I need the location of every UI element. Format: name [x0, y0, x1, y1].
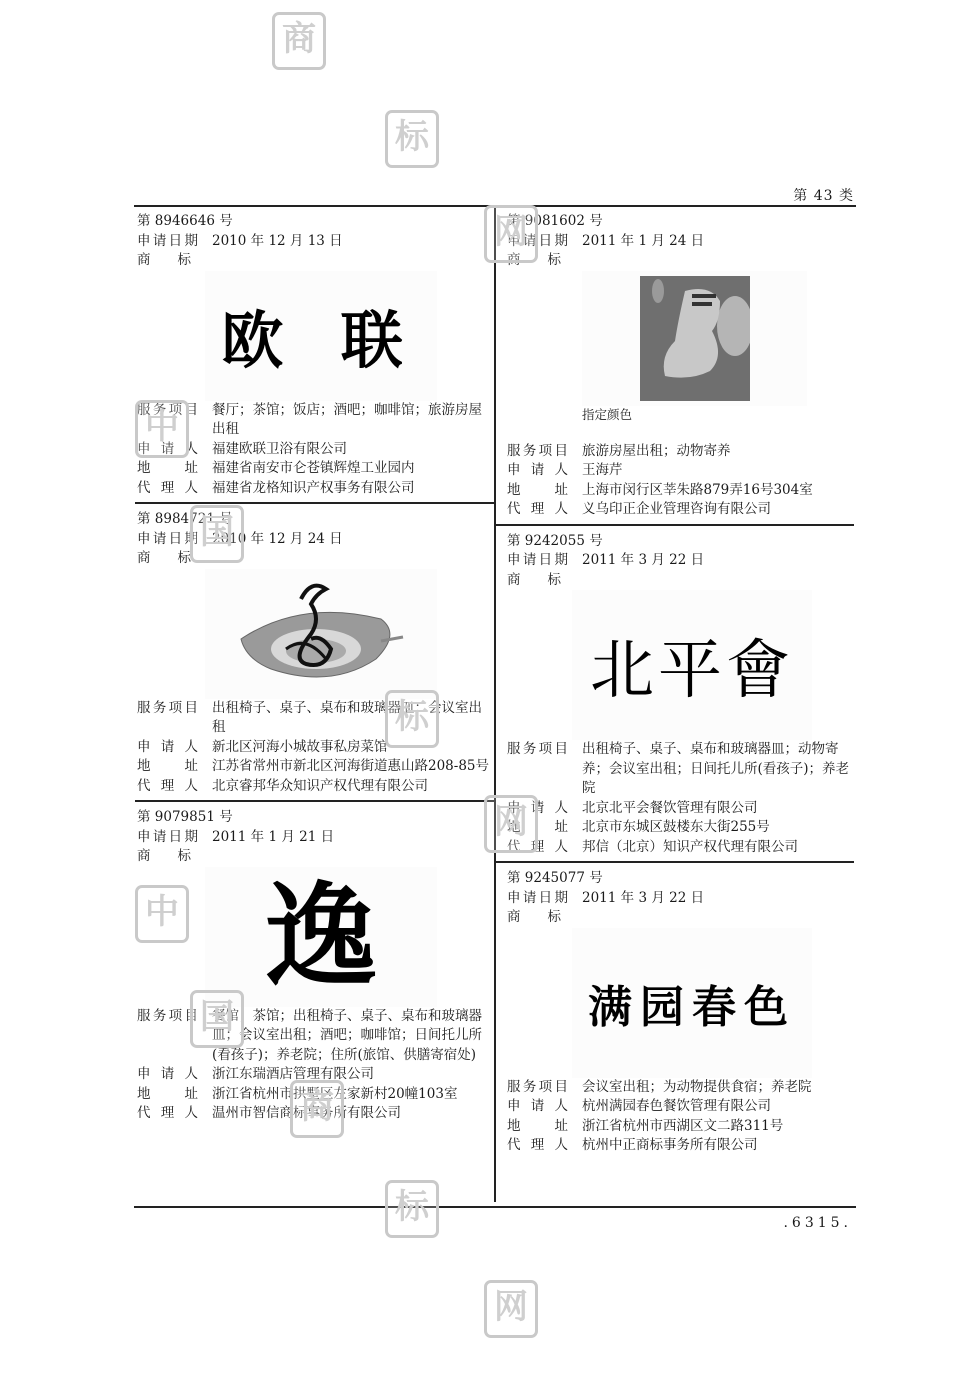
agent-value: 杭州中正商标事务所有限公司 — [582, 1136, 852, 1156]
address-label: 地址 — [507, 481, 568, 501]
services-label: 服务项目 — [507, 442, 568, 462]
date-value: 2010 年 12 月 24 日 — [212, 530, 489, 550]
agent-label: 代理人 — [137, 1104, 198, 1124]
left-column: 第 8946646 号 申请日期2010 年 12 月 13 日 商 标 欧 联… — [137, 212, 489, 1124]
services-value: 餐馆；茶馆；出租椅子、桌子、桌布和玻璃器皿；会议室出租；酒吧；咖啡馆；日间托儿所… — [212, 1007, 489, 1066]
bottom-rule — [134, 1206, 856, 1208]
applicant-value: 北京北平会餐饮管理有限公司 — [582, 799, 852, 819]
watermark-icon: 网 — [484, 205, 538, 263]
figure-on-leaf-icon — [231, 579, 411, 689]
address-value: 浙江省杭州市拱墅区左家新村20幢103室 — [212, 1085, 489, 1105]
watermark-icon: 商 — [272, 12, 326, 70]
date-label: 申请日期 — [137, 530, 198, 550]
trademark-logo: 逸 — [205, 867, 437, 1007]
services-value: 旅游房屋出租；动物寄养 — [582, 442, 852, 462]
applicant-value: 杭州满园春色餐饮管理有限公司 — [582, 1097, 852, 1117]
trademark-entry: 第 9081602 号 申请日期2011 年 1 月 24 日 商 标 指定颜色… — [507, 212, 852, 526]
services-value: 餐厅；茶馆；饭店；酒吧；咖啡馆；旅游房屋出租 — [212, 401, 489, 440]
date-value: 2011 年 1 月 24 日 — [582, 232, 852, 252]
agent-label: 代理人 — [137, 777, 198, 797]
watermark-icon: 国 — [190, 505, 244, 563]
logo-text: 北平會 — [590, 619, 794, 711]
applicant-label: 申请人 — [507, 461, 568, 481]
column-divider — [494, 207, 496, 1202]
watermark-icon: 中 — [135, 885, 189, 943]
watermark-icon: 标 — [385, 690, 439, 748]
date-label: 申请日期 — [507, 889, 568, 909]
agent-label: 代理人 — [507, 1136, 568, 1156]
trademark-entry: 第 9079851 号 申请日期2011 年 1 月 21 日 商 标 逸 服务… — [137, 808, 489, 1124]
agent-label: 代理人 — [507, 500, 568, 520]
date-value: 2011 年 1 月 21 日 — [212, 828, 489, 848]
agent-value: 邦信（北京）知识产权代理有限公司 — [582, 838, 852, 858]
trademark-entry: 第 9245077 号 申请日期2011 年 3 月 22 日 商 标 满园春色… — [507, 869, 852, 1156]
address-label: 地址 — [137, 757, 198, 777]
address-value: 上海市闵行区莘朱路879弄16号304室 — [582, 481, 852, 501]
reg-number: 第 8946646 号 — [137, 212, 489, 232]
trademark-logo: 满园春色 — [572, 928, 812, 1078]
trademark-logo-image — [205, 569, 437, 699]
entry-divider — [135, 502, 495, 504]
services-label: 服务项目 — [507, 740, 568, 799]
services-value: 会议室出租；为动物提供食宿；养老院 — [582, 1078, 852, 1098]
date-label: 申请日期 — [137, 828, 198, 848]
address-value: 福建省南安市仑苍镇辉煌工业园内 — [212, 459, 489, 479]
mark-label: 商 标 — [507, 251, 852, 271]
designated-color-note: 指定颜色 — [582, 406, 852, 424]
address-label: 地址 — [507, 1117, 568, 1137]
watermark-icon: 国 — [190, 990, 244, 1048]
address-value: 江苏省常州市新北区河海街道惠山路208-85号 — [212, 757, 489, 777]
watermark-icon: 网 — [484, 1280, 538, 1338]
date-value: 2011 年 3 月 22 日 — [582, 889, 852, 909]
mark-label: 商 标 — [137, 847, 489, 867]
services-value: 出租椅子、桌子、桌布和玻璃器皿；动物寄养；会议室出租；日间托儿所(看孩子)；养老… — [582, 740, 852, 799]
entry-divider — [495, 524, 854, 526]
services-label: 服务项目 — [137, 1007, 198, 1066]
agent-value: 义乌印正企业管理咨询有限公司 — [582, 500, 852, 520]
page-number: .6315. — [783, 1215, 852, 1231]
agent-value: 温州市智信商标事务所有限公司 — [212, 1104, 489, 1124]
mark-label: 商 标 — [507, 908, 852, 928]
reg-number: 第 9081602 号 — [507, 212, 852, 232]
trademark-logo: 北平會 — [572, 590, 812, 740]
date-value: 2010 年 12 月 13 日 — [212, 232, 489, 252]
date-label: 申请日期 — [507, 551, 568, 571]
applicant-value: 浙江东瑞酒店管理有限公司 — [212, 1065, 489, 1085]
watermark-icon: 标 — [385, 1180, 439, 1238]
services-value: 出租椅子、桌子、桌布和玻璃器皿；会议室出租 — [212, 699, 489, 738]
agent-value: 福建省龙格知识产权事务有限公司 — [212, 479, 489, 499]
logo-text: 逸 — [265, 881, 377, 993]
applicant-label: 申请人 — [507, 1097, 568, 1117]
mark-label: 商 标 — [137, 251, 489, 271]
applicant-label: 申请人 — [137, 738, 198, 758]
trademark-logo: 欧 联 — [205, 271, 437, 401]
watermark-icon: 商 — [290, 1080, 344, 1138]
agent-label: 代理人 — [137, 479, 198, 499]
trademark-entry: 第 9242055 号 申请日期2011 年 3 月 22 日 商 标 北平會 … — [507, 532, 852, 864]
date-value: 2011 年 3 月 22 日 — [582, 551, 852, 571]
applicant-label: 申请人 — [137, 1065, 198, 1085]
entry-divider — [495, 861, 854, 863]
class-label: 第 43 类 — [793, 185, 854, 205]
address-value: 浙江省杭州市西湖区文二路311号 — [582, 1117, 852, 1137]
address-value: 北京市东城区鼓楼东大街255号 — [582, 818, 852, 838]
address-label: 地址 — [137, 459, 198, 479]
agent-value: 北京睿邦华众知识产权代理有限公司 — [212, 777, 489, 797]
color-figure-photo-icon — [640, 276, 750, 401]
trademark-logo-image — [582, 271, 807, 406]
watermark-icon: 网 — [484, 795, 538, 853]
reg-number: 第 9242055 号 — [507, 532, 852, 552]
applicant-value: 福建欧联卫浴有限公司 — [212, 440, 489, 460]
applicant-value: 新北区河海小城故事私房菜馆 — [212, 738, 489, 758]
entry-divider — [135, 800, 495, 802]
trademark-entry: 第 8946646 号 申请日期2010 年 12 月 13 日 商 标 欧 联… — [137, 212, 489, 504]
date-label: 申请日期 — [137, 232, 198, 252]
services-label: 服务项目 — [137, 699, 198, 738]
reg-number: 第 9079851 号 — [137, 808, 489, 828]
mark-label: 商 标 — [507, 571, 852, 591]
logo-text: 欧 联 — [221, 291, 421, 380]
watermark-icon: 中 — [135, 400, 189, 458]
right-column: 第 9081602 号 申请日期2011 年 1 月 24 日 商 标 指定颜色… — [507, 212, 852, 1156]
address-label: 地址 — [137, 1085, 198, 1105]
applicant-value: 王海芹 — [582, 461, 852, 481]
services-label: 服务项目 — [507, 1078, 568, 1098]
watermark-icon: 标 — [385, 110, 439, 168]
logo-text: 满园春色 — [588, 971, 796, 1035]
reg-number: 第 9245077 号 — [507, 869, 852, 889]
